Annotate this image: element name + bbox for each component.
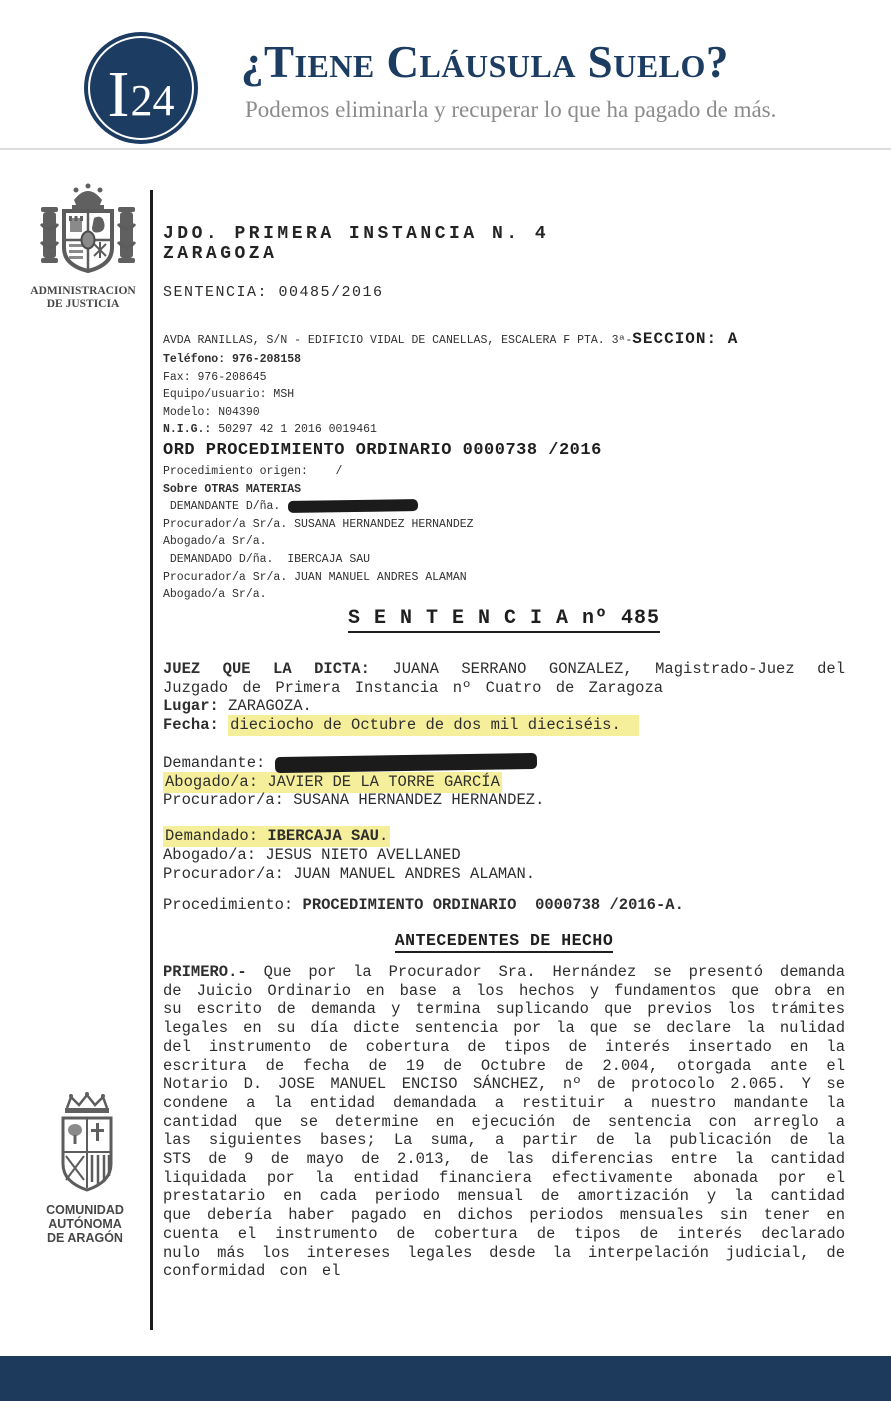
sobre-value: OTRAS MATERIAS [204, 483, 301, 496]
procedimiento-line: Procedimiento: PROCEDIMIENTO ORDINARIO 0… [163, 896, 845, 915]
i24-logo: I24 [84, 32, 198, 144]
abogado1-value: JAVIER DE LA TORRE GARCÍA [267, 773, 500, 791]
justice-label-line1: ADMINISTRACION [22, 285, 144, 298]
justice-label-line2: DE JUSTICIA [22, 298, 144, 311]
abogado2-value: JESUS NIETO AVELLANED [265, 846, 460, 864]
procurador2-value: JUAN MANUEL ANDRES ALAMAN. [293, 865, 535, 883]
demandado-value: IBERCAJA SAU [267, 827, 379, 845]
procurador2-label: Procurador/a: [163, 865, 284, 883]
abogado1-line: Abogado/a: JAVIER DE LA TORRE GARCÍA [163, 773, 845, 792]
banner-subtitle: Podemos eliminarla y recuperar lo que ha… [245, 97, 865, 123]
header-divider [0, 148, 891, 150]
lugar-label: Lugar: [163, 697, 219, 715]
sentence-title-row: S E N T E N C I A nº 485 [163, 607, 845, 630]
abogado1-label: Abogado/a: [165, 773, 258, 791]
procurador1-line: Procurador/a: SUSANA HERNANDEZ HERNANDEZ… [163, 791, 845, 810]
antecedentes-heading-row: ANTECEDENTES DE HECHO [163, 931, 845, 950]
i24-logo-text: I24 [84, 32, 198, 144]
fax-line: Fax: 976-208645 [163, 369, 845, 387]
vertical-rule [150, 190, 153, 1330]
site-banner: I24 ¿Tiene Cláusula Suelo? Podemos elimi… [0, 0, 891, 149]
nig-label: N.I.G.: [163, 423, 211, 436]
aragon-label: COMUNIDAD AUTÓNOMA DE ARAGÓN [30, 1203, 140, 1245]
sobre-line: Sobre OTRAS MATERIAS [163, 481, 845, 499]
judge-block: JUEZ QUE LA DICTA: JUANA SERRANO GONZALE… [163, 660, 845, 735]
modelo-line: Modelo: N04390 [163, 404, 845, 422]
demandado-period: . [379, 827, 388, 845]
abogado-caps-line: Abogado/a Sr/a. [163, 533, 845, 551]
procurador1-label: Procurador/a: [163, 791, 284, 809]
procurador2-caps-line: Procurador/a Sr/a. JUAN MANUEL ANDRES AL… [163, 569, 845, 587]
primero-label: PRIMERO.- [163, 963, 247, 981]
nig-line: N.I.G.: 50297 42 1 2016 0019461 [163, 421, 845, 439]
judge-label: JUEZ QUE LA DICTA: [163, 660, 370, 678]
footer-bar [0, 1356, 891, 1401]
abogado1-highlight: Abogado/a: JAVIER DE LA TORRE GARCÍA [163, 772, 502, 793]
antecedentes-heading: ANTECEDENTES DE HECHO [395, 931, 613, 953]
court-address-line: AVDA RANILLAS, S/N - EDIFICIO VIDAL DE C… [163, 329, 845, 351]
administration-justice-label: ADMINISTRACION DE JUSTICIA [22, 285, 144, 311]
logo-number-24: 24 [130, 79, 174, 124]
redaction-bar-demandante-meta [288, 499, 418, 513]
aragon-coat-of-arms-icon [55, 1092, 127, 1205]
case-metadata: AVDA RANILLAS, S/N - EDIFICIO VIDAL DE C… [163, 329, 845, 604]
procurador1-value: SUSANA HERNANDEZ HERNANDEZ. [293, 791, 544, 809]
demandante-caps-line: DEMANDANTE D/ña. [163, 498, 845, 516]
lugar-line: Lugar: ZARAGOZA. [163, 697, 845, 716]
primero-text: Que por la Procurador Sra. Hernández se … [163, 963, 845, 1280]
abogado2-caps-line: Abogado/a Sr/a. [163, 586, 845, 604]
procurador2-line: Procurador/a: JUAN MANUEL ANDRES ALAMAN. [163, 865, 845, 884]
procurador-caps-line: Procurador/a Sr/a. SUSANA HERNANDEZ HERN… [163, 516, 845, 534]
nig-value: 50297 42 1 2016 0019461 [211, 423, 377, 436]
fecha-line: Fecha: dieciocho de Octubre de dos mil d… [163, 716, 845, 735]
demandado-line: Demandado: IBERCAJA SAU. [163, 827, 845, 846]
telefono-line: Teléfono: 976-208158 [163, 351, 845, 369]
parties-block: Demandante: Abogado/a: JAVIER DE LA TORR… [163, 754, 845, 915]
judge-paragraph: JUEZ QUE LA DICTA: JUANA SERRANO GONZALE… [163, 660, 845, 697]
court-name-line2: ZARAGOZA [163, 244, 845, 264]
aragon-label-line2: AUTÓNOMA [30, 1217, 140, 1231]
page: I24 ¿Tiene Cláusula Suelo? Podemos elimi… [0, 0, 891, 1401]
fecha-value-highlighted: dieciocho de Octubre de dos mil dieciséi… [228, 715, 639, 736]
sentence-title: S E N T E N C I A nº 485 [348, 607, 660, 633]
court-address: AVDA RANILLAS, S/N - EDIFICIO VIDAL DE C… [163, 334, 632, 347]
fecha-label: Fecha: [163, 716, 219, 734]
primero-paragraph-block: PRIMERO.- Que por la Procurador Sra. Her… [163, 963, 845, 1281]
primero-paragraph: PRIMERO.- Que por la Procurador Sra. Her… [163, 963, 845, 1281]
sobre-label: Sobre [163, 483, 204, 496]
seccion-label: SECCION: A [632, 330, 738, 348]
demandante-label: Demandante: [163, 754, 265, 772]
procedimiento-value: PROCEDIMIENTO ORDINARIO 0000738 /2016-A. [303, 896, 684, 914]
court-name-line1: JDO. PRIMERA INSTANCIA N. 4 [163, 224, 845, 244]
demandante-caps-label: DEMANDANTE D/ña. [163, 500, 280, 513]
lugar-value: ZARAGOZA. [228, 697, 312, 715]
demandado-label: Demandado: [165, 827, 267, 845]
demandado-caps-line: DEMANDADO D/ña. IBERCAJA SAU [163, 551, 845, 569]
equipo-line: Equipo/usuario: MSH [163, 386, 845, 404]
abogado2-label: Abogado/a: [163, 846, 256, 864]
court-header: JDO. PRIMERA INSTANCIA N. 4 ZARAGOZA [163, 224, 845, 264]
spain-coat-of-arms-icon [38, 178, 138, 289]
banner-title: ¿Tiene Cláusula Suelo? [241, 36, 861, 88]
sentencia-reference: SENTENCIA: 00485/2016 [163, 284, 845, 301]
redaction-bar-demandante [275, 753, 537, 773]
demandado-highlight: Demandado: IBERCAJA SAU. [163, 826, 390, 847]
aragon-label-line3: DE ARAGÓN [30, 1231, 140, 1245]
logo-letter-i: I [108, 65, 130, 124]
demandante-line: Demandante: [163, 754, 845, 773]
procedure-ord-line: ORD PROCEDIMIENTO ORDINARIO 0000738 /201… [163, 439, 845, 463]
procedimiento-label: Procedimiento: [163, 896, 303, 914]
procedure-origin-line: Procedimiento origen: / [163, 463, 845, 481]
abogado2-line: Abogado/a: JESUS NIETO AVELLANED [163, 846, 845, 865]
aragon-label-line1: COMUNIDAD [30, 1203, 140, 1217]
